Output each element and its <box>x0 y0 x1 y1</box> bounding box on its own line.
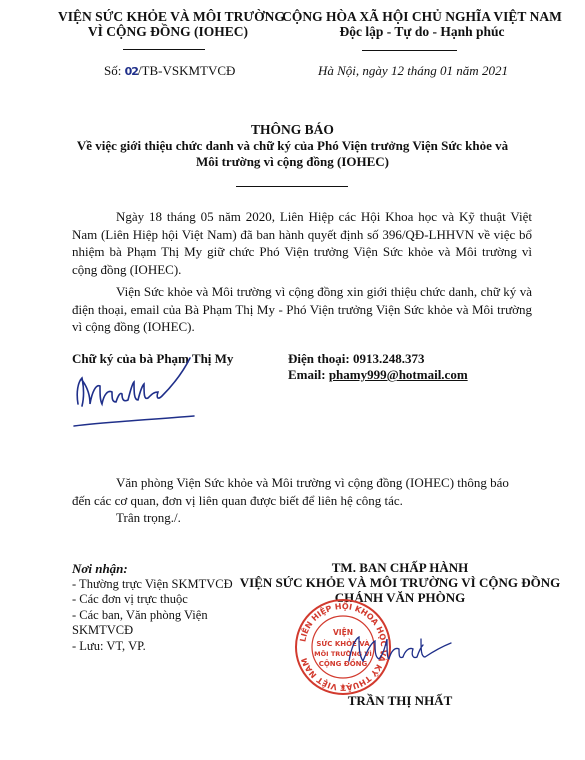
recipient-item: - Các đơn vị trực thuộc <box>72 592 252 608</box>
recipient-item: - Lưu: VT, VP. <box>72 639 252 655</box>
signature-pham-thi-my <box>66 348 196 428</box>
nation-header-divider <box>362 50 457 51</box>
subtitle-line1: Về việc giới thiệu chức danh và chữ ký c… <box>40 138 545 154</box>
org-name-line1: VIỆN SỨC KHỎE VÀ MÔI TRƯỜNG <box>58 9 278 24</box>
paragraph-3-line2: đến các cơ quan, đơn vị liên quan được b… <box>72 492 532 510</box>
body-paragraph-3: Văn phòng Viện Sức khỏe và Môi trường vì… <box>72 474 532 527</box>
paragraph-3-line1: Văn phòng Viện Sức khỏe và Môi trường vì… <box>116 475 509 490</box>
signatory-title: CHÁNH VĂN PHÒNG <box>230 590 570 605</box>
recipient-item: - Các ban, Văn phòng Viện <box>72 608 252 624</box>
nation-name: CỘNG HÒA XÃ HỘI CHỦ NGHĨA VIỆT NAM <box>282 9 562 24</box>
nation-header: CỘNG HÒA XÃ HỘI CHỦ NGHĨA VIỆT NAM Độc l… <box>282 9 562 39</box>
body-paragraph-1: Ngày 18 tháng 05 năm 2020, Liên Hiệp các… <box>72 208 532 278</box>
email-label: Email: <box>288 367 329 382</box>
paragraph-1-text: Ngày 18 tháng 05 năm 2020, Liên Hiệp các… <box>72 209 532 277</box>
star-icon: ★ <box>339 682 346 691</box>
nation-motto: Độc lập - Tự do - Hạnh phúc <box>282 24 562 39</box>
place-date: Hà Nội, ngày 12 tháng 01 năm 2021 <box>318 63 508 79</box>
document-subtitle: Về việc giới thiệu chức danh và chữ ký c… <box>40 138 545 170</box>
doc-number-handwritten: 02 <box>125 65 138 78</box>
recipient-item: SKMTVCĐ <box>72 623 252 639</box>
paragraph-2-text: Viện Sức khỏe và Môi trường vì cộng đồng… <box>72 284 532 334</box>
email-line: Email: phamy999@hotmail.com <box>288 367 468 383</box>
signature-tran-thi-nhat <box>345 625 455 675</box>
phone-label: Điện thoại: <box>288 351 353 366</box>
recipients-block: Nơi nhận: - Thường trực Viện SKMTVCĐ - C… <box>72 561 252 654</box>
title-divider <box>236 186 348 187</box>
document-title: THÔNG BÁO <box>0 122 585 138</box>
signatory-line2: VIỆN SỨC KHỎE VÀ MÔI TRƯỜNG VÌ CỘNG ĐỒNG <box>230 575 570 590</box>
email-link[interactable]: phamy999@hotmail.com <box>329 367 468 382</box>
document-number: Số: 02/TB-VSKMTVCĐ <box>104 63 235 79</box>
doc-number-suffix: /TB-VSKMTVCĐ <box>138 63 236 78</box>
phone-line: Điện thoại: 0913.248.373 <box>288 351 468 367</box>
signatory-line1: TM. BAN CHẤP HÀNH <box>230 560 570 575</box>
recipients-heading: Nơi nhận: <box>72 561 252 577</box>
closing-text: Trân trọng./. <box>116 510 181 525</box>
doc-number-prefix: Số: <box>104 63 125 78</box>
contact-info: Điện thoại: 0913.248.373 Email: phamy999… <box>288 351 468 383</box>
signatory-name: TRẦN THỊ NHẤT <box>230 693 570 709</box>
subtitle-line2: Môi trường vì cộng đồng (IOHEC) <box>40 154 545 170</box>
recipient-item: - Thường trực Viện SKMTVCĐ <box>72 577 252 593</box>
signatory-block: TM. BAN CHẤP HÀNH VIỆN SỨC KHỎE VÀ MÔI T… <box>230 560 570 605</box>
phone-value: 0913.248.373 <box>353 351 425 366</box>
body-paragraph-2: Viện Sức khỏe và Môi trường vì cộng đồng… <box>72 283 532 336</box>
org-name-line2: VÌ CỘNG ĐỒNG (IOHEC) <box>58 24 278 39</box>
org-header: VIỆN SỨC KHỎE VÀ MÔI TRƯỜNG VÌ CỘNG ĐỒNG… <box>58 9 278 39</box>
org-header-divider <box>123 49 205 50</box>
